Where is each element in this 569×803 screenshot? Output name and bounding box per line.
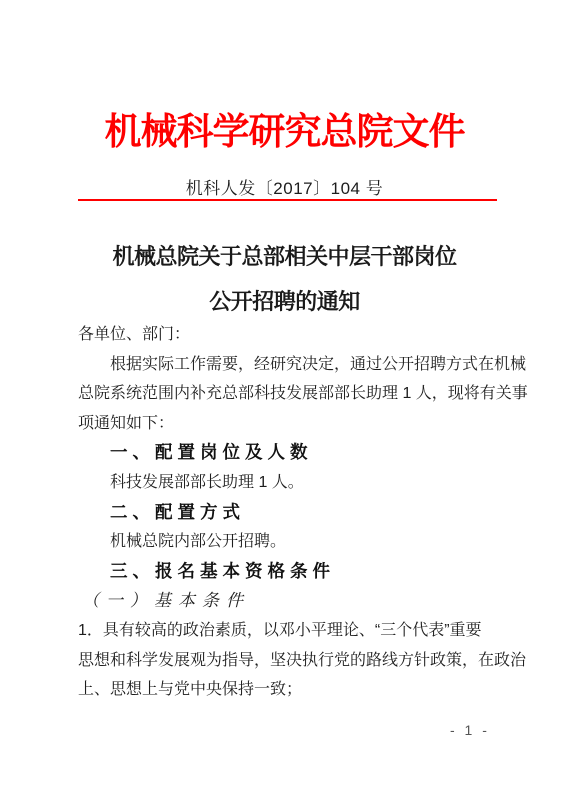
section-1-heading: 一、配置岗位及人数 xyxy=(78,438,524,468)
red-divider-line xyxy=(78,199,497,201)
section-2-content: 机械总院内部公开招聘。 xyxy=(78,527,524,557)
section-2-heading: 二、配置方式 xyxy=(78,498,524,528)
item-1-line-1: 1．具有较高的政治素质，以邓小平理论、“三个代表”重要 xyxy=(78,616,524,646)
section-1-content: 科技发展部部长助理 1 人。 xyxy=(78,468,524,498)
notice-title-line-1: 机械总院关于总部相关中层干部岗位 xyxy=(0,234,569,279)
paragraph-line-2: 总院系统范围内补充总部科技发展部部长助理 1 人，现将有关事 xyxy=(78,379,524,409)
notice-title: 机械总院关于总部相关中层干部岗位 公开招聘的通知 xyxy=(0,234,569,324)
document-banner-title: 机械科学研究总院文件 xyxy=(0,101,569,155)
document-number: 机科人发〔2017〕104 号 xyxy=(0,174,569,199)
subsection-1-heading: （一）基本条件 xyxy=(78,586,524,616)
paragraph-line-3: 项通知如下： xyxy=(78,409,524,439)
salutation-line: 各单位、部门： xyxy=(78,320,524,350)
item-1-line-2: 思想和科学发展观为指导，坚决执行党的路线方针政策，在政治 xyxy=(78,646,524,676)
paragraph-line-1: 根据实际工作需要，经研究决定，通过公开招聘方式在机械 xyxy=(78,350,524,380)
item-1-line-3: 上、思想上与党中央保持一致； xyxy=(78,675,524,705)
section-3-heading: 三、报名基本资格条件 xyxy=(78,557,524,587)
page-number: - 1 - xyxy=(450,722,490,738)
notice-title-line-2: 公开招聘的通知 xyxy=(0,279,569,324)
document-page: 机械科学研究总院文件 机科人发〔2017〕104 号 机械总院关于总部相关中层干… xyxy=(0,0,569,803)
body-text: 各单位、部门： 根据实际工作需要，经研究决定，通过公开招聘方式在机械 总院系统范… xyxy=(78,320,524,705)
